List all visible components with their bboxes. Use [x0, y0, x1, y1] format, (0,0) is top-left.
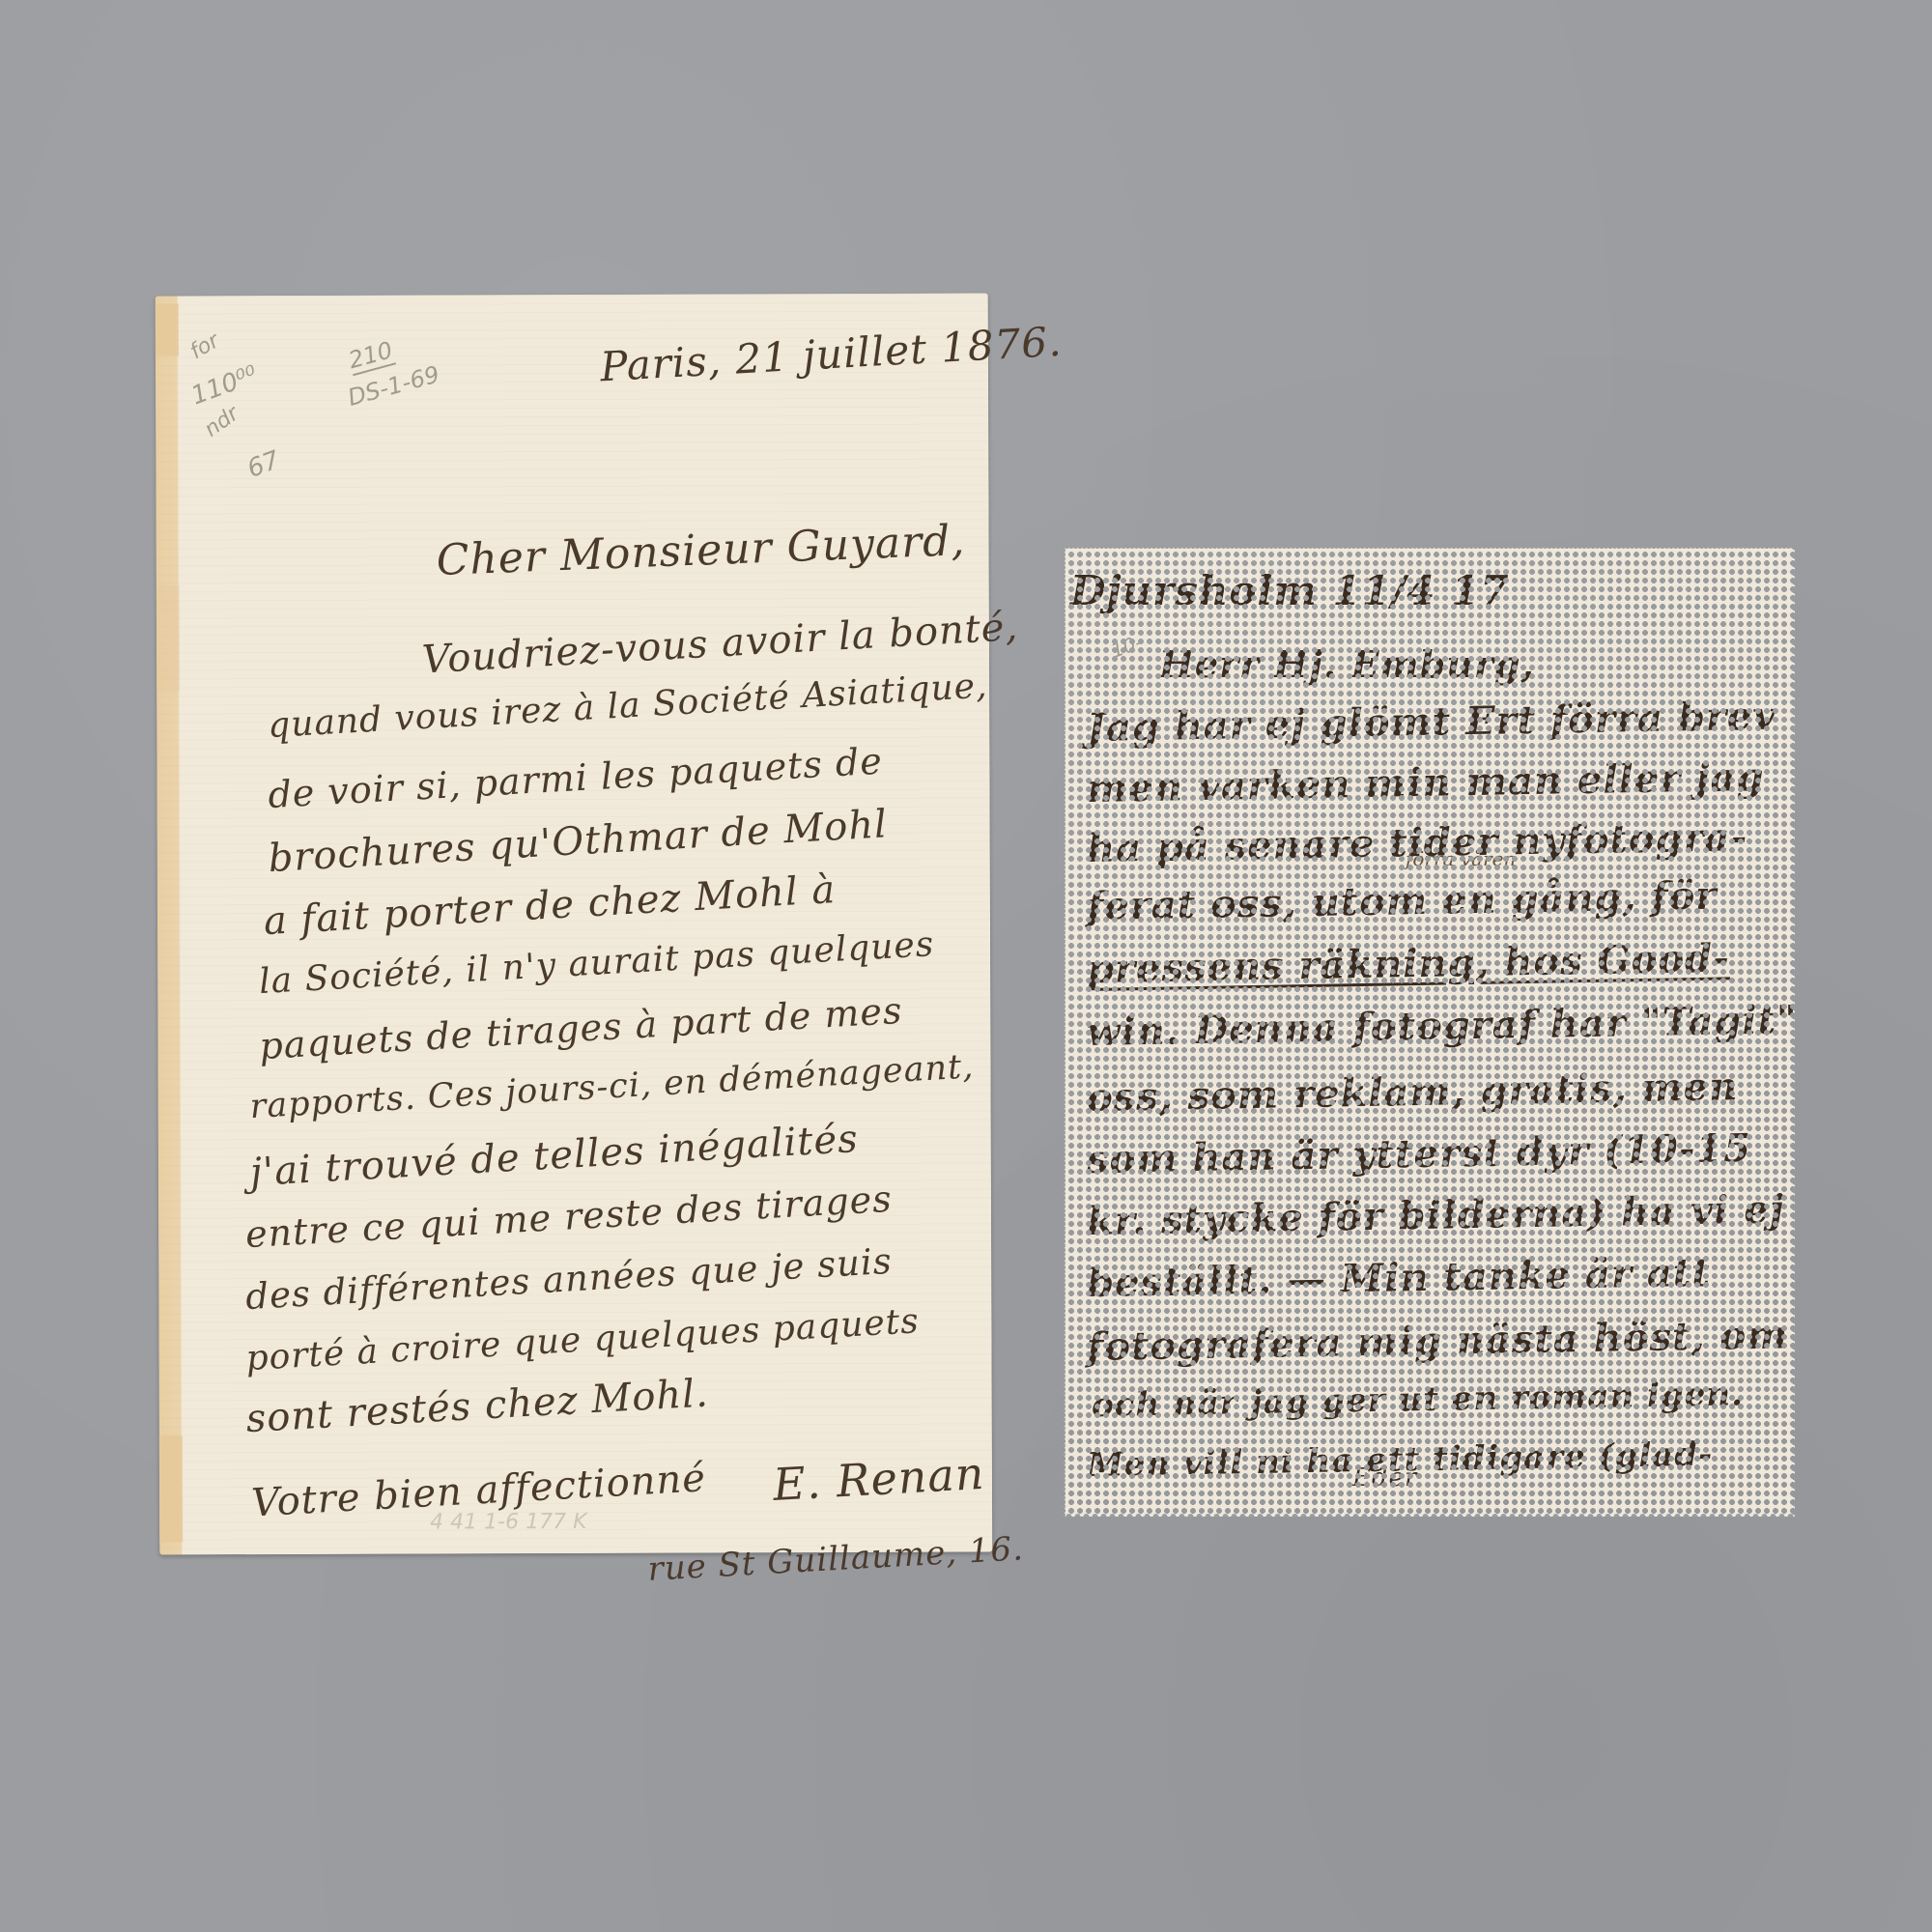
perforated-edge	[1063, 546, 1795, 552]
body-line: a fait porter de chez Mohl à	[263, 867, 838, 944]
letter-renan-1876: for 110⁰⁰ ndr 67 210 DS-1-69 4 41 1-6 17…	[156, 293, 993, 1554]
body-line: beställt. — Min tanke är att	[1087, 1250, 1712, 1306]
closing: Eder	[1352, 1463, 1417, 1492]
body-line: kr. stycke för bilderna) ha vi ej	[1087, 1186, 1785, 1244]
body-line: sont restés chez Mohl.	[245, 1371, 710, 1441]
lettercard-stiernstedt-1917: Djursholm 11/4 17 10- Herr Hj. Emburg, J…	[1063, 546, 1795, 1517]
body-line: fotografera mig nästa höst, om	[1087, 1312, 1789, 1370]
pencil-note: 210	[346, 336, 396, 376]
body-line: oss, som reklam, gratis, men	[1087, 1064, 1739, 1121]
perforated-edge	[1063, 1511, 1795, 1517]
body-line: de voir si, parmi les paquets de	[267, 740, 883, 816]
paper-stain	[159, 1435, 183, 1542]
pencil-note: 110⁰⁰	[187, 360, 262, 411]
address: rue St Guillaume, 16.	[646, 1529, 1024, 1589]
inserted-words: förra våren	[1406, 847, 1516, 870]
place-date: Djursholm 11/4 17	[1070, 567, 1510, 614]
pencil-note: for	[186, 328, 224, 364]
salutation: Herr Hj. Emburg,	[1159, 642, 1535, 686]
pencil-note: 10-	[1108, 630, 1146, 663]
body-line: porté à croire que quelques paquets	[244, 1301, 920, 1378]
perforated-edge	[1063, 546, 1068, 1517]
signature: E. Renan	[772, 1447, 986, 1511]
place-date: Paris, 21 juillet 1876.	[599, 318, 1064, 391]
body-line: men varken min man eller jag	[1087, 754, 1765, 811]
paper-stain	[156, 585, 180, 692]
body-line: som han är ytterst dyr (10-15	[1087, 1125, 1752, 1182]
body-line: ferat oss, utom en gång, för	[1087, 873, 1718, 929]
pencil-note: 67	[243, 445, 283, 484]
body-line: quand vous irez à la Société Asiatique,	[267, 666, 988, 746]
salutation: Cher Monsieur Guyard,	[436, 516, 966, 585]
body-line: des différentes années que je suis	[244, 1240, 894, 1318]
body-line: win. Denna fotograf har "Tagit"	[1087, 997, 1799, 1055]
pencil-note: ndr	[200, 402, 243, 442]
paper-stain	[156, 303, 179, 355]
body-line: och när jag ger ut en roman igen.	[1092, 1375, 1745, 1425]
body-line: pressens räkning, hos Good-	[1087, 935, 1730, 992]
body-line: Jag har ej glömt Ert förra brev	[1087, 694, 1776, 751]
